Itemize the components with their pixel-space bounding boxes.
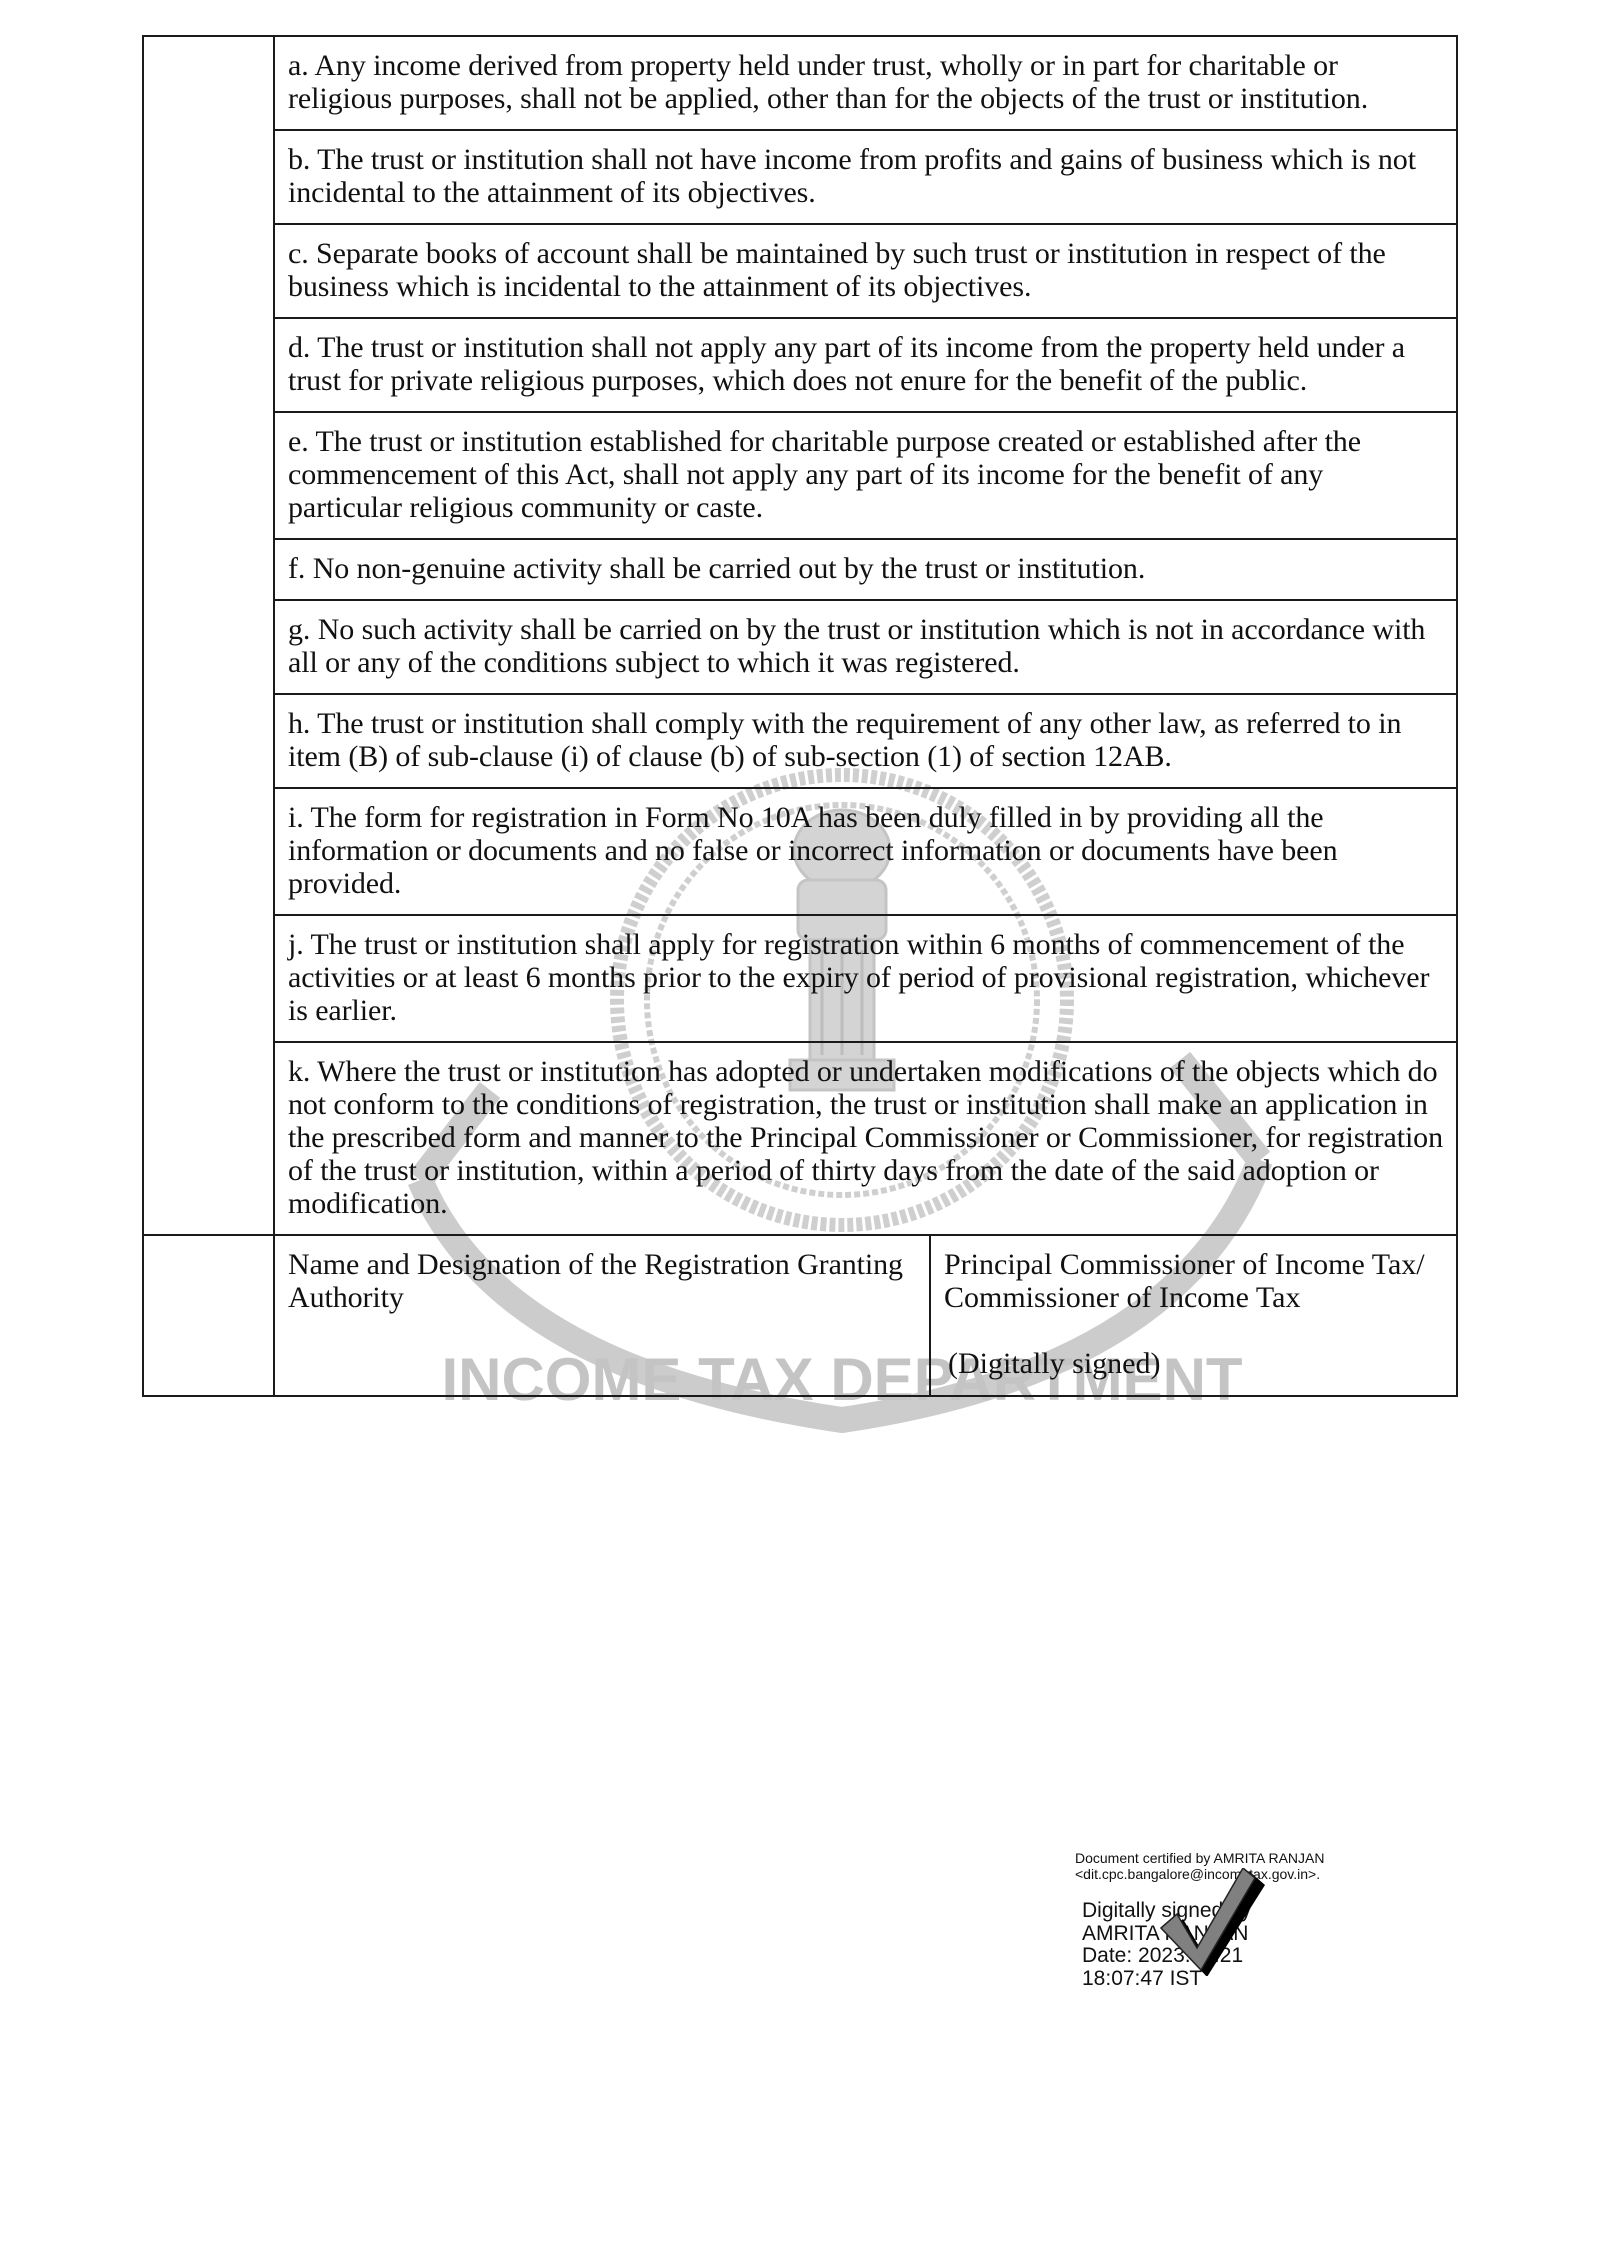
table-row: b. The trust or institution shall not ha…	[143, 130, 1457, 224]
table-row: i. The form for registration in Form No …	[143, 788, 1457, 915]
condition-cell-d: d. The trust or institution shall not ap…	[274, 318, 1457, 412]
table-row: k. Where the trust or institution has ad…	[143, 1042, 1457, 1235]
condition-cell-k: k. Where the trust or institution has ad…	[274, 1042, 1457, 1235]
digitally-signed-note: (Digitally signed)	[944, 1347, 1444, 1380]
condition-a: a. Any income derived from property held…	[288, 49, 1444, 115]
condition-cell-a: a. Any income derived from property held…	[274, 36, 1457, 130]
condition-cell-c: c. Separate books of account shall be ma…	[274, 224, 1457, 318]
authority-label-cell: Name and Designation of the Registration…	[274, 1235, 930, 1396]
table-row: j. The trust or institution shall apply …	[143, 915, 1457, 1042]
table-row: c. Separate books of account shall be ma…	[143, 224, 1457, 318]
condition-h: h. The trust or institution shall comply…	[288, 707, 1444, 773]
condition-e: e. The trust or institution established …	[288, 425, 1444, 524]
table-row: h. The trust or institution shall comply…	[143, 694, 1457, 788]
serial-cell	[143, 1235, 274, 1396]
condition-k: k. Where the trust or institution has ad…	[288, 1055, 1444, 1220]
checkmark-icon	[1157, 1868, 1265, 1976]
registration-conditions-table: a. Any income derived from property held…	[142, 35, 1458, 1397]
condition-d: d. The trust or institution shall not ap…	[288, 331, 1444, 397]
authority-value: Principal Commissioner of Income Tax/ Co…	[944, 1248, 1444, 1314]
condition-b: b. The trust or institution shall not ha…	[288, 143, 1444, 209]
condition-i: i. The form for registration in Form No …	[288, 801, 1444, 900]
condition-cell-b: b. The trust or institution shall not ha…	[274, 130, 1457, 224]
condition-f: f. No non-genuine activity shall be carr…	[288, 552, 1444, 585]
condition-cell-j: j. The trust or institution shall apply …	[274, 915, 1457, 1042]
table-row: g. No such activity shall be carried on …	[143, 600, 1457, 694]
condition-c: c. Separate books of account shall be ma…	[288, 237, 1444, 303]
condition-cell-i: i. The form for registration in Form No …	[274, 788, 1457, 915]
condition-cell-e: e. The trust or institution established …	[274, 412, 1457, 539]
condition-cell-h: h. The trust or institution shall comply…	[274, 694, 1457, 788]
table-row: d. The trust or institution shall not ap…	[143, 318, 1457, 412]
authority-label: Name and Designation of the Registration…	[288, 1248, 917, 1314]
condition-g: g. No such activity shall be carried on …	[288, 613, 1444, 679]
table-row: a. Any income derived from property held…	[143, 36, 1457, 130]
certified-by-line: Document certified by AMRITA RANJAN	[1075, 1850, 1395, 1866]
authority-value-cell: Principal Commissioner of Income Tax/ Co…	[930, 1235, 1457, 1396]
condition-j: j. The trust or institution shall apply …	[288, 928, 1444, 1027]
table-row: e. The trust or institution established …	[143, 412, 1457, 539]
table-row: f. No non-genuine activity shall be carr…	[143, 539, 1457, 600]
condition-cell-f: f. No non-genuine activity shall be carr…	[274, 539, 1457, 600]
condition-cell-g: g. No such activity shall be carried on …	[274, 600, 1457, 694]
serial-cell	[143, 36, 274, 1235]
table-row: Name and Designation of the Registration…	[143, 1235, 1457, 1396]
digital-signature-block: Document certified by AMRITA RANJAN <dit…	[1075, 1850, 1395, 1990]
